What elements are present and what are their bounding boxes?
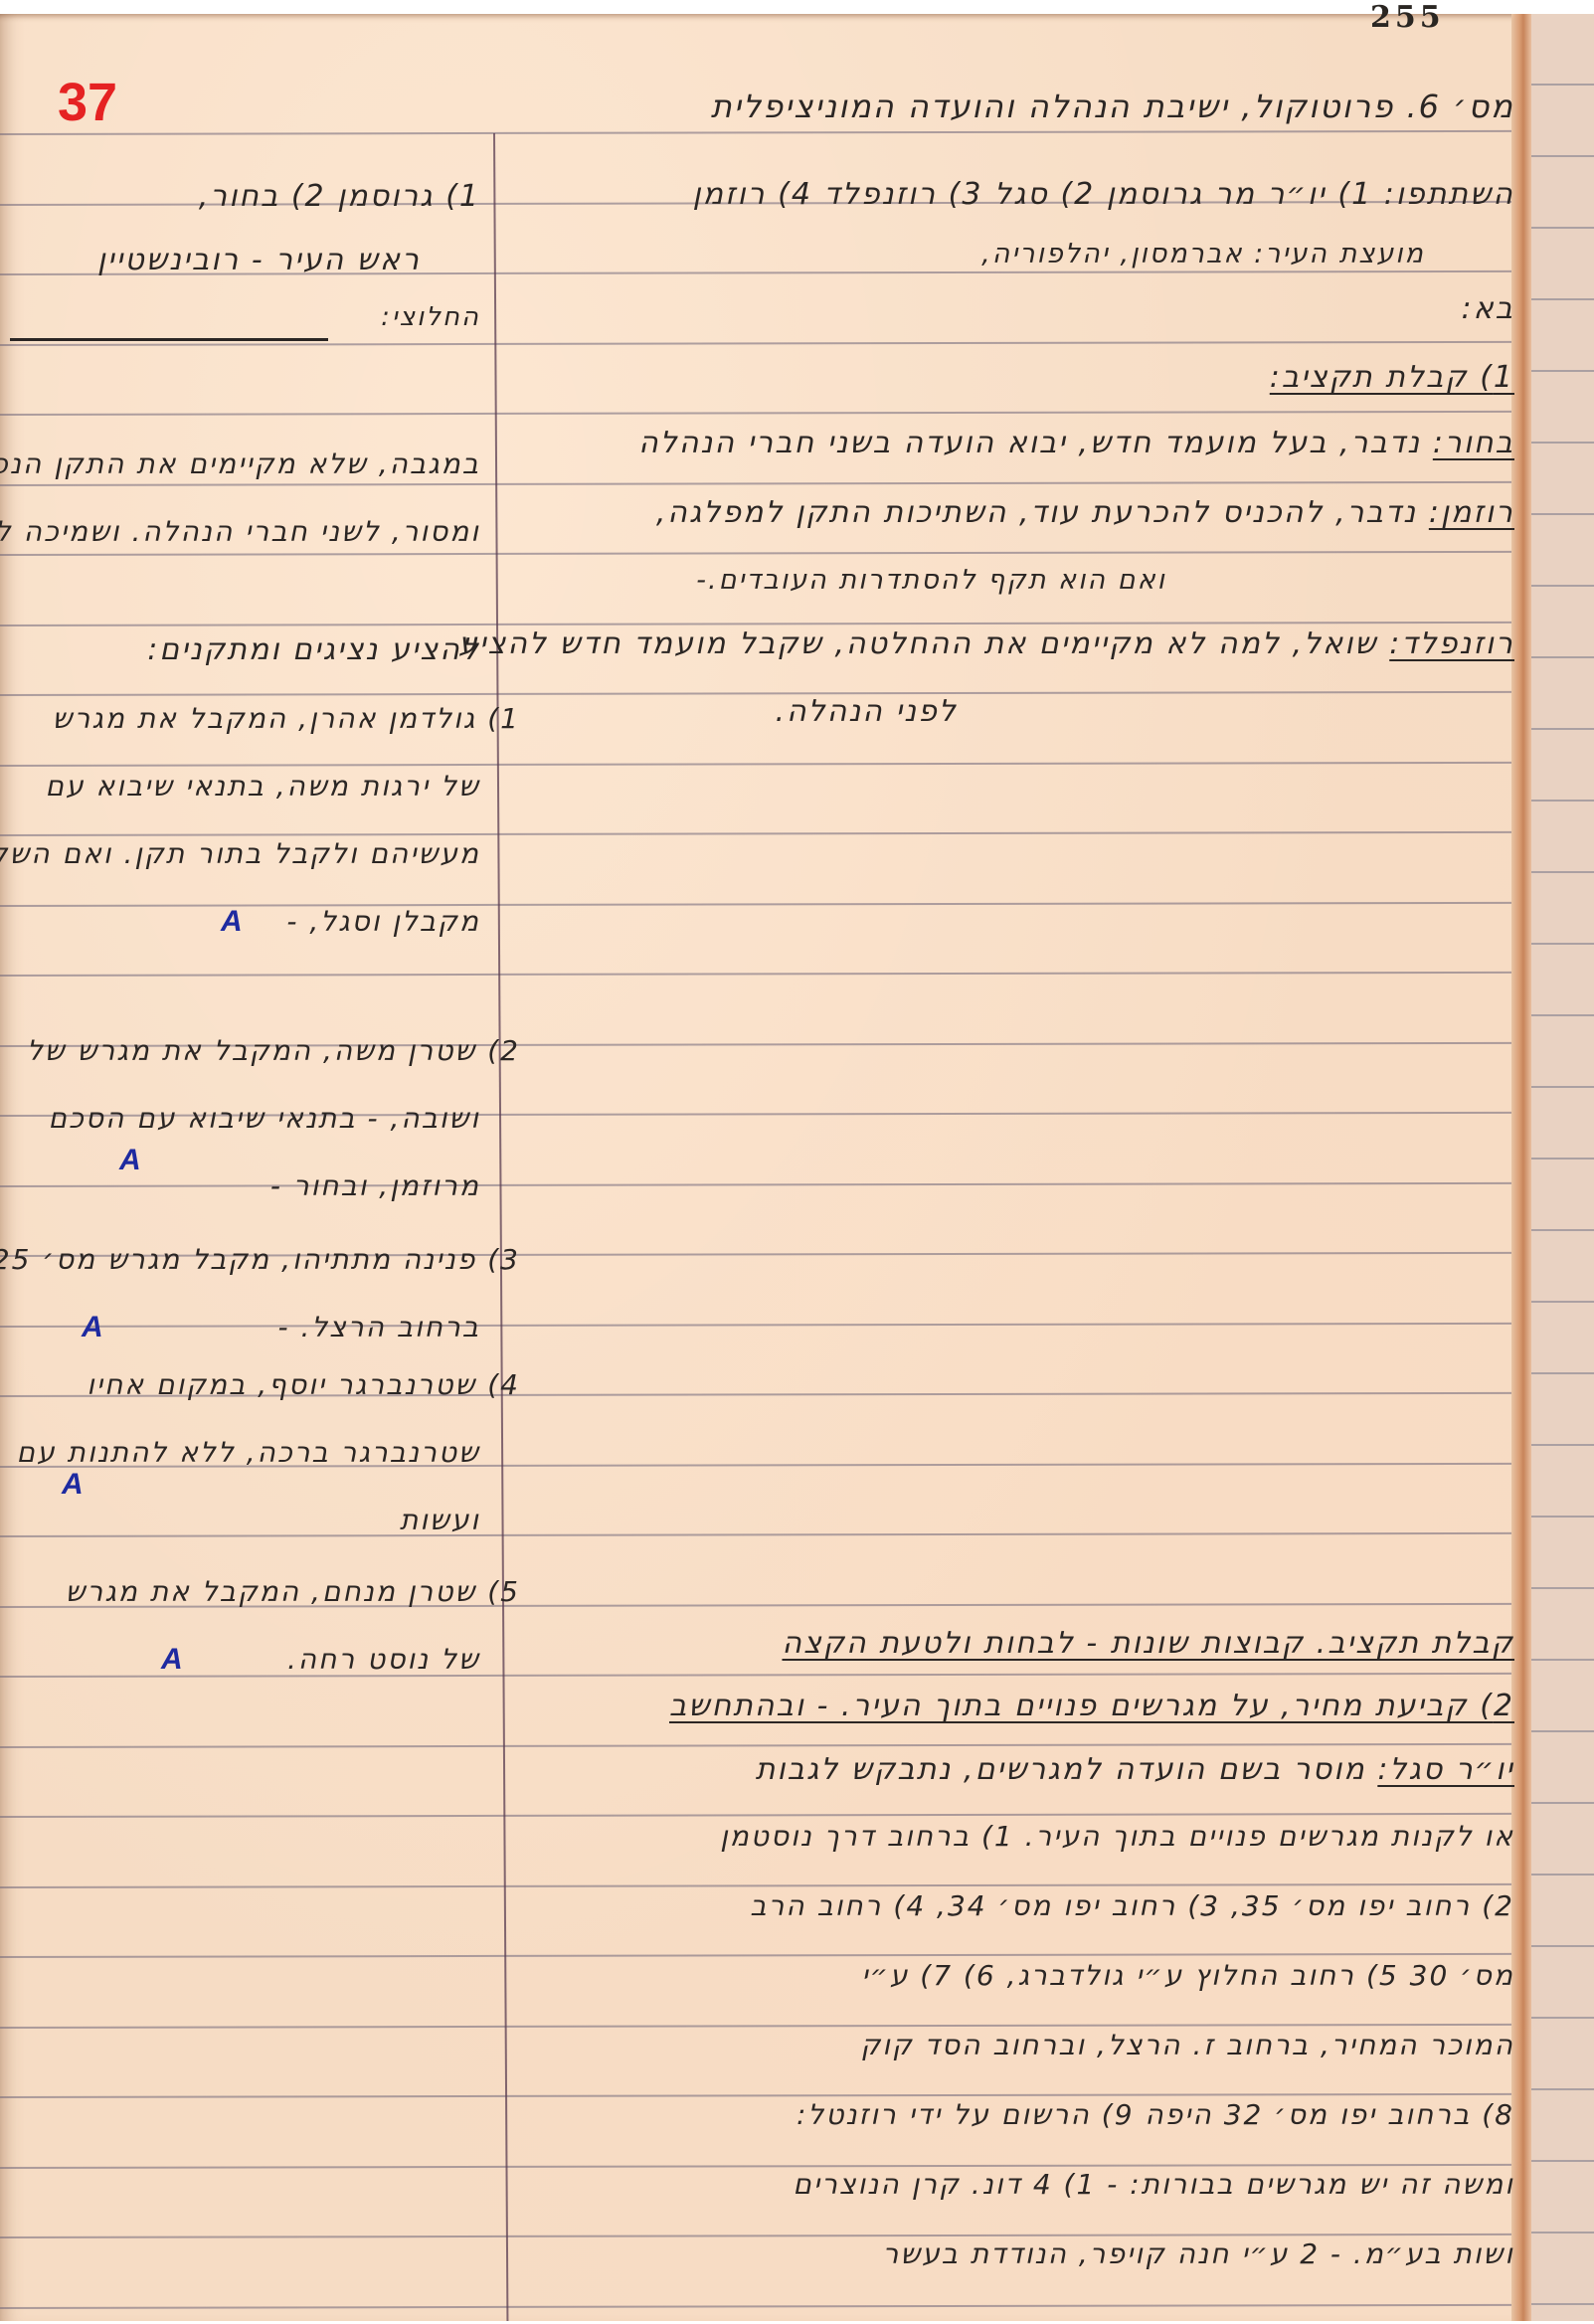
appointment-line: 3) פנינה מתתיהו, מקבל מגרש מס׳ 25 xyxy=(0,1243,520,1276)
body-line: או לקנות מגרשים פנויים בתוך העיר. 1) ברח… xyxy=(720,1820,1514,1853)
appointment-line: שטרנברגר ברכה, ללא להתנות עם xyxy=(17,1436,480,1469)
check-mark-icon: A xyxy=(62,1468,84,1502)
agenda-label: בא: xyxy=(1461,291,1514,326)
speaker-name: בחור: xyxy=(1433,426,1514,460)
page-label: 37 xyxy=(58,72,117,133)
speaker-line-1: בחור: נדבר, בעל מועמד חדש, יבוא הועדה בש… xyxy=(638,426,1514,460)
body-line: 2) רחוב יפו מס׳ 35, 3) רחוב יפו מס׳ 34, … xyxy=(750,1889,1514,1922)
section2-heading: קבלת תקציב. קבוצות שונות - לבחות ולטעת ה… xyxy=(782,1626,1514,1661)
check-mark-icon: A xyxy=(161,1643,183,1677)
appointments-heading: להציע נציגים ומתקנים: xyxy=(147,632,480,667)
margin-note-1: במגבה, שלא מקיימים את התקן הנכון xyxy=(0,447,480,480)
margin-top-note-1: 1) גרוסמן 2) בחור, xyxy=(199,179,480,214)
speaker-text: מוסר בשם הועדה למגרשים, נתבקש לגבות xyxy=(756,1752,1366,1787)
speaker-text: שואל, למה לא מקיימים את ההחלטה, שקבל מוע… xyxy=(458,626,1378,661)
check-mark-icon: A xyxy=(82,1311,103,1344)
margin-top-note-2: ראש העיר - רובינשטיין xyxy=(97,243,421,277)
section1-heading: 1) קבלת תקציב: xyxy=(1270,360,1514,395)
appointment-line: 4) שטרנברגר יוסף, במקום אחיו xyxy=(87,1368,520,1401)
appointment-line: מקבלן וסגל, - xyxy=(286,905,480,938)
adjacent-page-strip xyxy=(1531,14,1594,2321)
participants-line: השתתפו: 1) יו״ר מר גרוסמן 2) סגל 3) רוזנ… xyxy=(693,177,1514,212)
appointment-line: 2) שטרן משה, המקבל את מגרש של xyxy=(27,1034,520,1067)
speaker-line-4: רוזנפלד: שואל, למה לא מקיימים את ההחלטה,… xyxy=(458,626,1514,661)
margin-note-2: ומסור, לשני חברי הנהלה. ושמיכה לא xyxy=(0,515,480,548)
segal-line: יו״ר סגל: מוסר בשם הועדה למגרשים, נתבקש … xyxy=(756,1752,1514,1787)
appointment-line: ושובה, - בתנאי שיבוא עם הסכם xyxy=(49,1102,480,1135)
appointment-line: מרוזמן, ובחור - xyxy=(270,1169,480,1202)
page-edge xyxy=(1511,14,1531,2321)
protocol-title: מס׳ 6. פרוטוקול, ישיבת הנהלה והועדה המונ… xyxy=(711,88,1514,125)
margin-top-note-3: החלוצי: xyxy=(381,302,480,332)
speaker-text: נדבר, בעל מועמד חדש, יבוא הועדה בשני חבר… xyxy=(638,426,1421,460)
item2-line: 2) קביעת מחיר, על מגרשים פנויים בתוך העי… xyxy=(669,1689,1514,1723)
appointment-line: ברחוב הרצל. - xyxy=(277,1311,480,1343)
appointment-line: של ירגות משה, בתנאי שיבוא עם xyxy=(46,770,480,803)
speaker-line-3: ואם הוא תקף להסתדרות העובדים.- xyxy=(696,565,1166,596)
body-line: מס׳ 30 5) רחוב החלוץ ע״י גולדברג, 6) 7) … xyxy=(862,1959,1514,1992)
appointment-line: של נוסט רחה. xyxy=(287,1643,480,1676)
speaker-name: רוזנפלד: xyxy=(1389,626,1514,661)
body-line: 8) ברחוב יפו מס׳ 32 היפה 9) הרשום על ידי… xyxy=(797,2098,1514,2131)
speaker-name: יו״ר סגל: xyxy=(1377,1752,1514,1787)
appointment-line: מעשיהם ולקבל בתור תקן. ואם השלישי xyxy=(0,837,480,870)
speaker-name: רוזמן: xyxy=(1429,495,1514,530)
check-mark-icon: A xyxy=(119,1144,141,1177)
appointment-line: 1) גולדמן אהרן, המקבל את מגרש xyxy=(53,702,520,735)
margin-header-underline xyxy=(10,338,328,341)
speaker-line-5: לפני הנהלה. xyxy=(776,694,958,729)
body-line: המוכר המחיר, ברחוב ז. הרצל, וברחוב הסד ק… xyxy=(861,2029,1514,2061)
check-mark-icon: A xyxy=(221,905,243,939)
page-number: 255 xyxy=(1370,0,1445,35)
speaker-line-2: רוזמן: נדבר, להכניס להכרעת עוד, השתיכות … xyxy=(656,495,1514,530)
appointment-line: ועשות xyxy=(400,1504,480,1536)
body-line: ושות בע״מ. - 2 ע״י חנה קויפר, הנודדת בעש… xyxy=(883,2237,1514,2270)
also-present-line: מועצת העיר: אברמסון, יהלפוריה, xyxy=(981,239,1425,269)
speaker-text: נדבר, להכניס להכרעת עוד, השתיכות התקן למ… xyxy=(656,495,1417,530)
body-line: ומשה זה יש מגרשים בבורות: - 1) 4 דונ. קר… xyxy=(793,2168,1514,2201)
appointment-line: 5) שטרן מנחם, המקבל את מגרש xyxy=(66,1575,520,1608)
